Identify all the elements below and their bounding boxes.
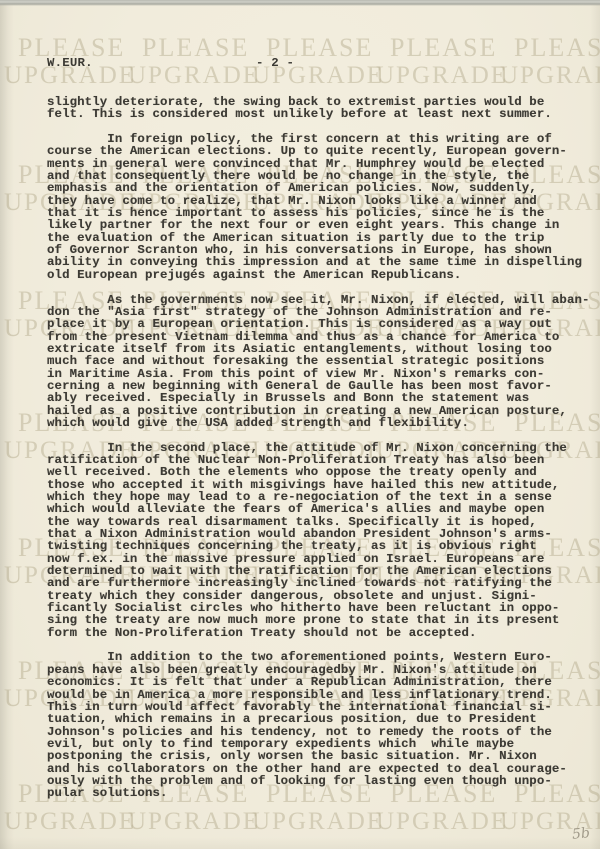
scan-edge-top xyxy=(0,0,600,6)
watermark-row: PLEASEPLEASEPLEASEPLEASEPLEASE xyxy=(18,35,600,61)
document-body: slightly deteriorate, the swing back to … xyxy=(47,96,592,800)
paragraph: As the governments now see it, Mr. Nixon… xyxy=(47,294,592,430)
handwritten-annotation: 5b xyxy=(571,825,590,843)
watermark-word: UPGRADE xyxy=(252,809,376,835)
text-line: pular solutions. xyxy=(47,787,592,799)
text-line: emphasis and the orientation of American… xyxy=(47,182,592,194)
paragraph: slightly deteriorate, the swing back to … xyxy=(47,96,592,121)
text-line: sing the treaty are now much more prone … xyxy=(47,614,592,626)
text-line: much face and without foresaking the ess… xyxy=(47,355,592,367)
text-line: twisting techniques concerning the treat… xyxy=(47,540,592,552)
text-line: course the American elections. Up to qui… xyxy=(47,145,592,157)
watermark-word: PLEASE xyxy=(390,35,514,61)
watermark-word: UPGRADE xyxy=(376,809,500,835)
page-number: - 2 - xyxy=(256,56,294,70)
document-section-label: W.EUR. xyxy=(47,56,93,70)
text-line: form the Non-Proliferation Treaty should… xyxy=(47,627,592,639)
paragraph: In the second place, the attitude of Mr.… xyxy=(47,442,592,640)
watermark-word: UPGRADE xyxy=(4,809,128,835)
watermark-row: UPGRADEUPGRADEUPGRADEUPGRADEUPGRADE xyxy=(4,809,600,835)
text-line: ably received. Especially in Brussels an… xyxy=(47,392,592,404)
document-page: PLEASEPLEASEPLEASEPLEASEPLEASEUPGRADEUPG… xyxy=(0,0,600,849)
watermark-word: PLEASE xyxy=(142,35,266,61)
text-line: likely partner for the next four or even… xyxy=(47,219,592,231)
text-line: In addition to the two aforementioned po… xyxy=(47,651,592,663)
paragraph: In foreign policy, the first concern at … xyxy=(47,133,592,281)
text-line: would be in America a more responsible a… xyxy=(47,689,592,701)
watermark-word: UPGRADE xyxy=(500,63,600,89)
text-line: ability in conveying this impression and… xyxy=(47,256,592,268)
watermark-word: PLEASE xyxy=(514,35,600,61)
text-line: economics. It is felt that under a Repub… xyxy=(47,676,592,688)
text-line: postponing the crisis, only worsen the b… xyxy=(47,750,592,762)
text-line: and are furthermore increasingly incline… xyxy=(47,577,592,589)
watermark-word: UPGRADE xyxy=(128,809,252,835)
text-line: place it by a European orientation. This… xyxy=(47,318,592,330)
text-line: which would give the USA added strength … xyxy=(47,417,592,429)
watermark-word: UPGRADE xyxy=(376,63,500,89)
text-line: As the governments now see it, Mr. Nixon… xyxy=(47,294,592,306)
text-line: which would alleviate the fears of Ameri… xyxy=(47,503,592,515)
text-line: old European prejugés against the Americ… xyxy=(47,269,592,281)
text-line: felt. This is considered most unlikely b… xyxy=(47,108,592,120)
watermark-word: UPGRADE xyxy=(128,63,252,89)
text-line: tuation, which remains in a precarious p… xyxy=(47,713,592,725)
text-line: well received. Both the elements who opp… xyxy=(47,466,592,478)
paragraph: In addition to the two aforementioned po… xyxy=(47,651,592,799)
watermark-row: UPGRADEUPGRADEUPGRADEUPGRADEUPGRADE xyxy=(4,63,600,89)
